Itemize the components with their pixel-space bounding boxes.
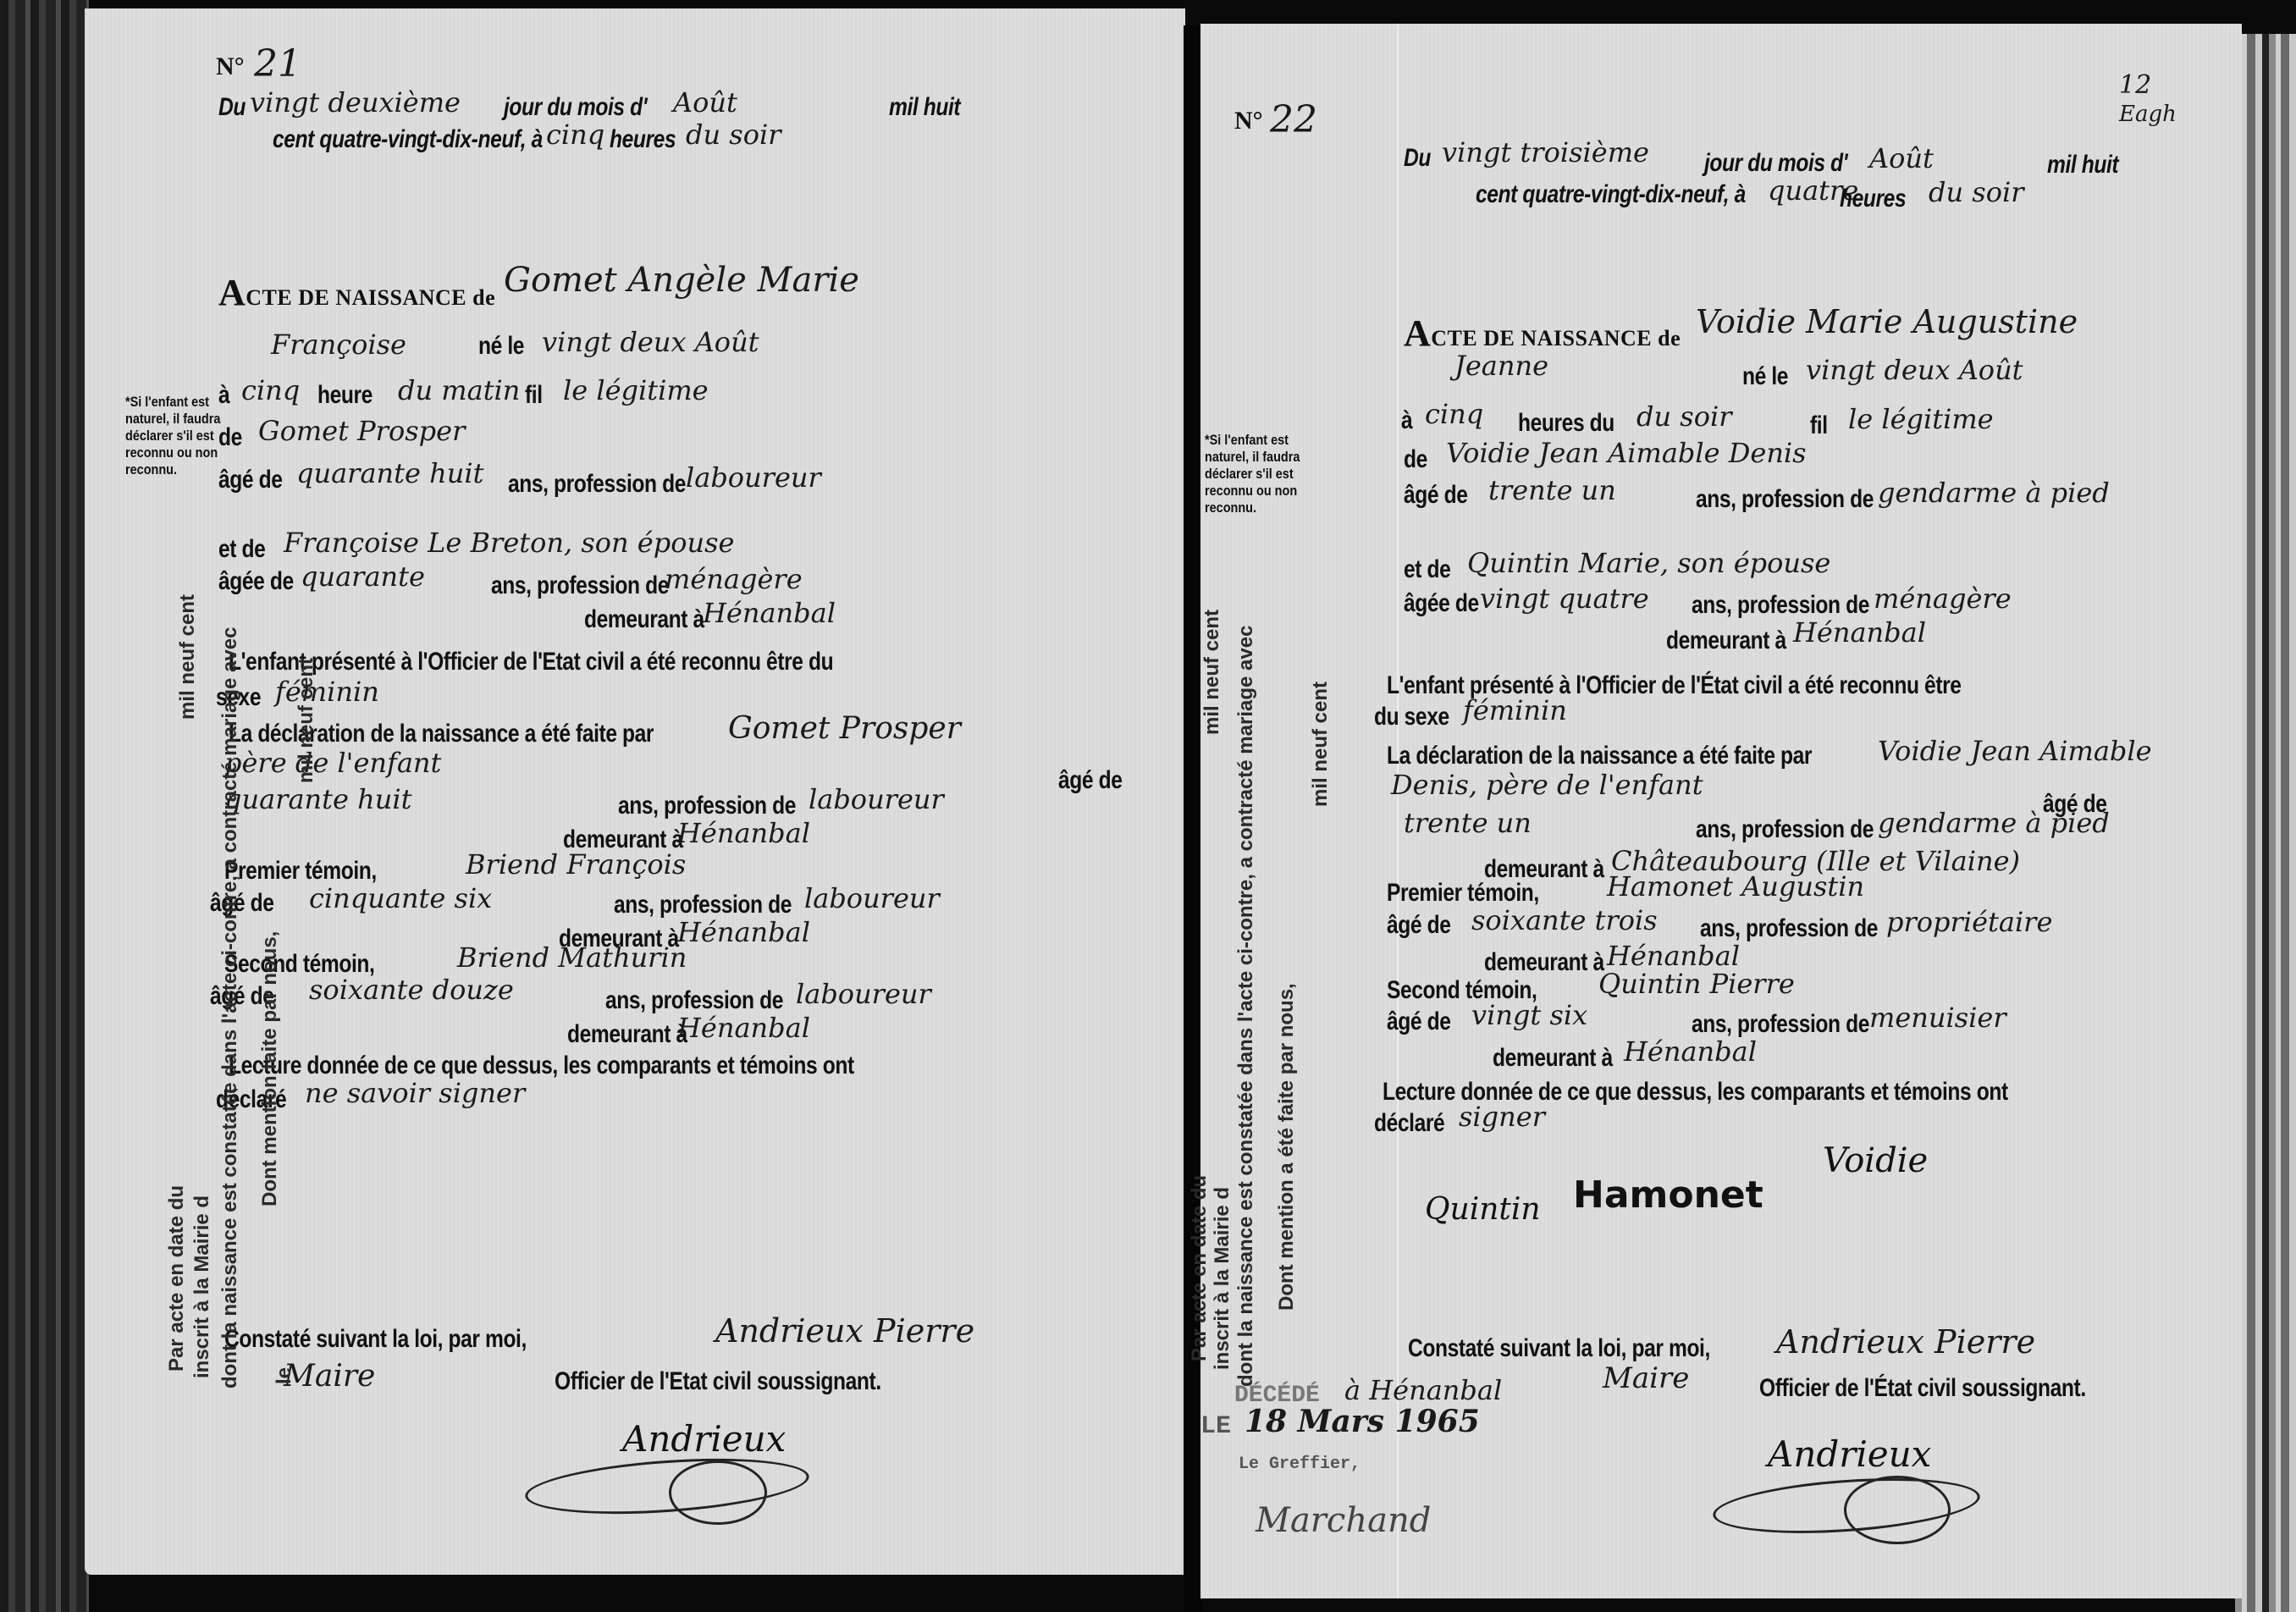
declaration-label: La déclaration de la naissance a été fai… (229, 720, 654, 748)
declarant-name: Gomet Prosper (728, 711, 961, 746)
residence-label: demeurant à (1666, 627, 1786, 655)
year-label: cent quatre-vingt-dix-neuf, à (1476, 180, 1746, 209)
du-label: Du (218, 93, 246, 122)
declared-statement: ne savoir signer (305, 1077, 525, 1109)
month: Août (1869, 142, 1934, 174)
margin-contracte: dont la naissance est constatée dans l'a… (218, 627, 242, 1388)
father-name: Voidie Jean Aimable Denis (1446, 437, 1807, 469)
right-page: 12 Eagh N° 22 Du vingt troisième jour du… (1200, 24, 2242, 1598)
witness2-name: Quintin Pierre (1598, 968, 1795, 1000)
father-profession-label: ans, profession de (508, 470, 686, 499)
witness2-profession: laboureur (796, 978, 931, 1010)
acte-title: ACTE DE NAISSANCE de (1404, 312, 1681, 355)
witness1-profession: laboureur (804, 882, 940, 914)
signature-flourish (523, 1450, 810, 1521)
jour-du-mois-label: jour du mois d' (504, 93, 647, 122)
declarant-profession: laboureur (809, 783, 944, 815)
fil-label: fil (525, 381, 543, 410)
father-age-label: âgé de (1404, 481, 1467, 510)
officer-label: Officier de l'État civil soussignant. (1759, 1374, 2086, 1403)
book-edge-left (0, 0, 89, 1612)
mother-profession-label: ans, profession de (491, 571, 669, 600)
witness1-profession-label: ans, profession de (1700, 914, 1878, 943)
margin-mil-neuf-cent-2: mil neuf cent (295, 658, 318, 783)
father-profession-label: ans, profession de (1696, 485, 1874, 514)
margin-inscrit: inscrit à la Mairie d (190, 1195, 214, 1378)
filiation: le légitime (563, 374, 709, 406)
folio-note: Eagh (2119, 102, 2177, 127)
margin-par-acte: Par acte en date du (165, 1185, 189, 1372)
margin-mil-neuf-cent-1: mil neuf cent (1200, 610, 1224, 735)
act-number-label: N° (1234, 107, 1263, 135)
heures-label: heures (1840, 185, 1906, 213)
mother-age: vingt quatre (1480, 582, 1649, 615)
act-number: 22 (1270, 98, 1317, 141)
act-number: 21 (254, 42, 301, 86)
declaration-label: La déclaration de la naissance a été fai… (1387, 742, 1812, 770)
witness2-residence-label: demeurant à (1493, 1044, 1613, 1073)
signature-flourish-loop (1844, 1476, 1951, 1544)
clerk-label: Le Greffier, (1239, 1455, 1360, 1474)
deceased-date: 18 Mars 1965 (1245, 1404, 1480, 1439)
father-profession: gendarme à pied (1878, 477, 2110, 509)
witness1-profession-label: ans, profession de (614, 891, 792, 919)
declarant-profession-label: ans, profession de (618, 792, 796, 820)
constate-label: Constaté suivant la loi, par moi, (1408, 1334, 1710, 1363)
a-label: à (1401, 406, 1412, 435)
year-label: cent quatre-vingt-dix-neuf, à (273, 125, 543, 154)
declarant-profession: gendarme à pied (1878, 807, 2110, 839)
book-gutter (1184, 25, 1202, 1612)
father-age-label: âgé de (218, 466, 282, 494)
margin-dont-mention: Dont mention a été faite par nous, (1275, 983, 1299, 1311)
witness1-residence-label: demeurant à (1484, 948, 1604, 977)
child-name: Voidie Marie Augustine (1696, 303, 2078, 340)
fil-label: fil (1810, 411, 1828, 440)
child-name: Gomet Angèle Marie (504, 261, 859, 300)
time-of-day: du soir (686, 119, 781, 151)
father-name: Gomet Prosper (258, 415, 465, 447)
deceased-date-prefix: LE (1200, 1412, 1231, 1441)
day: vingt troisième (1442, 136, 1649, 168)
birth-hour: cinq (1425, 398, 1483, 430)
enfant-presente-label: L'enfant présenté à l'Officier de l'Etat… (229, 648, 833, 676)
margin-dont-mention: Dont mention faite par nous, (258, 931, 282, 1206)
witness1-label: Premier témoin, (224, 857, 377, 886)
officer-signature: Andrieux (1768, 1433, 1931, 1475)
signature-flourish-loop (669, 1460, 767, 1525)
declarant-age-label: âgé de (1058, 766, 1122, 795)
jour-du-mois-label: jour du mois d' (1704, 149, 1847, 178)
residence: Hénanbal (703, 597, 836, 629)
witness2-residence: Hénanbal (677, 1012, 810, 1044)
witness1-profession: propriétaire (1886, 906, 2052, 938)
hour: cinq (546, 119, 604, 151)
witness1-age: cinquante six (309, 882, 492, 914)
declarant-profession-label: ans, profession de (1696, 815, 1874, 844)
clerk-signature: Marchand (1256, 1501, 1431, 1540)
margin-le: le (273, 1367, 296, 1384)
constate-label: Constaté suivant la loi, par moi, (224, 1325, 527, 1354)
born-on: vingt deux Août (1806, 354, 2023, 386)
mother-profession-label: ans, profession de (1692, 591, 1869, 620)
filiation: le légitime (1848, 403, 1994, 435)
mil-huit-label: mil huit (889, 93, 960, 122)
witness2-name: Briend Mathurin (457, 941, 687, 974)
residence: Hénanbal (1793, 616, 1926, 649)
father-profession: laboureur (686, 461, 821, 494)
heures-label: heures (610, 125, 676, 154)
mother-profession: ménagère (1874, 582, 2012, 615)
officer-title: Maire (1603, 1361, 1689, 1395)
scan-line (1397, 24, 1399, 1598)
time-of-day: du soir (1929, 176, 2023, 208)
witness2-profession-label: ans, profession de (1692, 1010, 1869, 1039)
mother-age-label: âgée de (1404, 589, 1479, 618)
du-label: Du (1404, 144, 1431, 173)
witness2-profession: menuisier (1869, 1002, 2006, 1034)
declarant-relation: Denis, père de l'enfant (1391, 769, 1703, 801)
father-age: trente un (1488, 474, 1616, 506)
margin-par-acte: Par acte en date du (1188, 1175, 1211, 1361)
witness1-label: Premier témoin, (1387, 879, 1539, 908)
deceased-place: à Hénanbal (1344, 1374, 1502, 1406)
du-sexe-label: du sexe (1374, 703, 1449, 731)
officer-title: Maire (284, 1359, 375, 1394)
et-de-label: et de (1404, 555, 1450, 584)
officer-label: Officier de l'Etat civil soussignant. (555, 1367, 881, 1396)
sex: féminin (275, 676, 379, 708)
heure-label: heure (317, 381, 373, 410)
witness1-name: Hamonet Augustin (1607, 870, 1864, 903)
declared-statement: signer (1459, 1101, 1545, 1133)
signature-quintin: Quintin (1425, 1192, 1541, 1227)
mother-name: Françoise Le Breton, son épouse (284, 527, 734, 559)
de-label: de (218, 423, 242, 452)
mother-age-label: âgée de (218, 567, 294, 596)
declarant-relation: père de l'enfant (224, 747, 441, 779)
witness2-age: vingt six (1471, 999, 1587, 1031)
declarant-age: quarante huit (224, 783, 411, 815)
declarant-residence: Hénanbal (677, 817, 810, 849)
left-page: N° 21 Du vingt deuxième jour du mois d' … (85, 8, 1185, 1575)
witness2-age-label: âgé de (1387, 1007, 1450, 1036)
officer-name: Andrieux Pierre (1776, 1323, 2035, 1361)
ne-le-label: né le (478, 332, 524, 361)
mother-name: Quintin Marie, son épouse (1467, 547, 1830, 579)
declare-label: déclaré (1374, 1109, 1444, 1138)
residence-label: demeurant à (584, 605, 704, 634)
et-de-label: et de (218, 535, 265, 564)
footnote: *Si l'enfant est naturel, il faudra décl… (1205, 432, 1334, 516)
officer-signature: Andrieux (622, 1418, 786, 1460)
birth-time-of-day: du soir (1636, 400, 1731, 433)
birth-time-of-day: du matin (398, 374, 520, 406)
month: Août (673, 86, 737, 119)
child-name-line2: Françoise (271, 328, 406, 361)
witness2-residence-label: demeurant à (567, 1020, 687, 1049)
ne-le-label: né le (1742, 362, 1788, 391)
witness1-age: soixante trois (1471, 904, 1658, 936)
mother-age: quarante (301, 560, 425, 593)
folio-number: 12 (2119, 70, 2151, 100)
lecture-label: Lecture donnée de ce que dessus, les com… (229, 1052, 854, 1080)
signature-voidie: Voidie (1823, 1141, 1928, 1180)
declarant-name: Voidie Jean Aimable (1878, 735, 2152, 767)
witness2-residence: Hénanbal (1624, 1035, 1757, 1068)
margin-contracte: dont la naissance est constatée dans l'a… (1234, 626, 1258, 1387)
mil-huit-label: mil huit (2047, 151, 2118, 179)
child-name-line2: Jeanne (1454, 350, 1548, 382)
margin-inscrit: inscrit à la Mairie d (1211, 1187, 1234, 1370)
margin-mil-neuf-cent-1: mil neuf cent (176, 594, 200, 720)
mother-profession: ménagère (665, 563, 803, 595)
heures-du-label: heures du (1518, 409, 1614, 438)
de-label: de (1404, 445, 1427, 474)
witness1-residence: Hénanbal (677, 916, 810, 948)
witness2-age: soixante douze (309, 974, 514, 1006)
act-number-label: N° (216, 52, 245, 81)
book-edge-right (2235, 34, 2296, 1612)
margin-mil-neuf-cent-2: mil neuf cent (1309, 682, 1333, 807)
officer-name: Andrieux Pierre (715, 1312, 974, 1350)
signature-hamonet: Hamonet (1573, 1173, 1763, 1217)
father-age: quarante huit (296, 457, 483, 489)
witness2-profession-label: ans, profession de (605, 986, 783, 1015)
born-on: vingt deux Août (542, 326, 759, 358)
sex: féminin (1463, 694, 1567, 726)
day: vingt deuxième (250, 86, 461, 119)
declarant-age: trente un (1404, 807, 1532, 839)
witness1-age-label: âgé de (1387, 911, 1450, 940)
acte-title: ACTE DE NAISSANCE de (218, 271, 495, 314)
witness1-name: Briend François (466, 848, 686, 881)
